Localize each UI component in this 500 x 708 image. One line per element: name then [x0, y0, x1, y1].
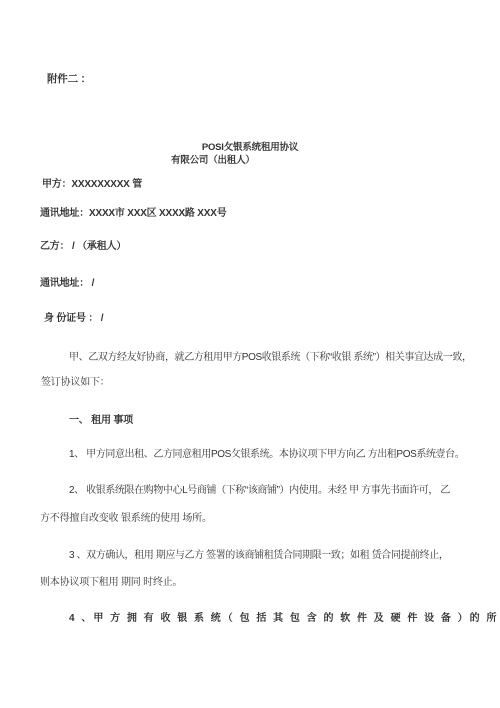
- clause-4: 4 、甲 方 拥 有 收 银 系 统（ 包 括 其 包 含 的 软 件 及 硬 …: [69, 612, 500, 625]
- party-a-address-line: 通讯地址：XXXX市 XXX区 XXXX路 XXX号: [40, 207, 227, 220]
- clause-2-line-1: 2、 收银系统限在购物中心L号商铺（下称“该商铺”）内使用。未经 甲 方事先书面…: [69, 484, 450, 497]
- contract-document-page: 附件二 ： POSI攵银系统租用协议 有限公司（出租人） 甲方：XXXXXXXX…: [0, 0, 500, 708]
- preamble-line-1: 甲、乙双方经友好协商，就乙方租用甲方POS收银系统（下称“收银 系统”）相关事宜…: [69, 351, 472, 364]
- document-subtitle: 有限公司（出租人）: [171, 154, 255, 167]
- party-a-line: 甲方：XXXXXXXXX 管: [42, 178, 142, 191]
- party-b-line: 乙方： / （承租人）: [40, 240, 126, 253]
- section-1-heading: 一、 租用 事项: [69, 414, 133, 427]
- clause-3-line-1: 3 、双方确认，租用 期应与乙方 签署的该商铺租赁合同期限一致；如租 赁合同提前…: [69, 549, 448, 562]
- document-title: POSI攵银系统租用协议: [0, 141, 500, 154]
- clause-1: 1、 甲方同意出租、乙方同意租用POS攵银系统。本协议项下甲方向乙 方出租POS…: [69, 448, 464, 461]
- preamble-line-2: 签订协议如下：: [41, 376, 110, 389]
- clause-2-line-2: 方不得擅自改变收 银系统的使用 场所。: [40, 512, 212, 525]
- attachment-label: 附件二 ：: [47, 73, 91, 86]
- party-b-address-line: 通讯地址： /: [40, 277, 94, 290]
- party-b-id-line: 身 份证号 ： /: [44, 312, 103, 325]
- clause-3-line-2: 则本协议项下租用 期同 时终止。: [40, 576, 182, 589]
